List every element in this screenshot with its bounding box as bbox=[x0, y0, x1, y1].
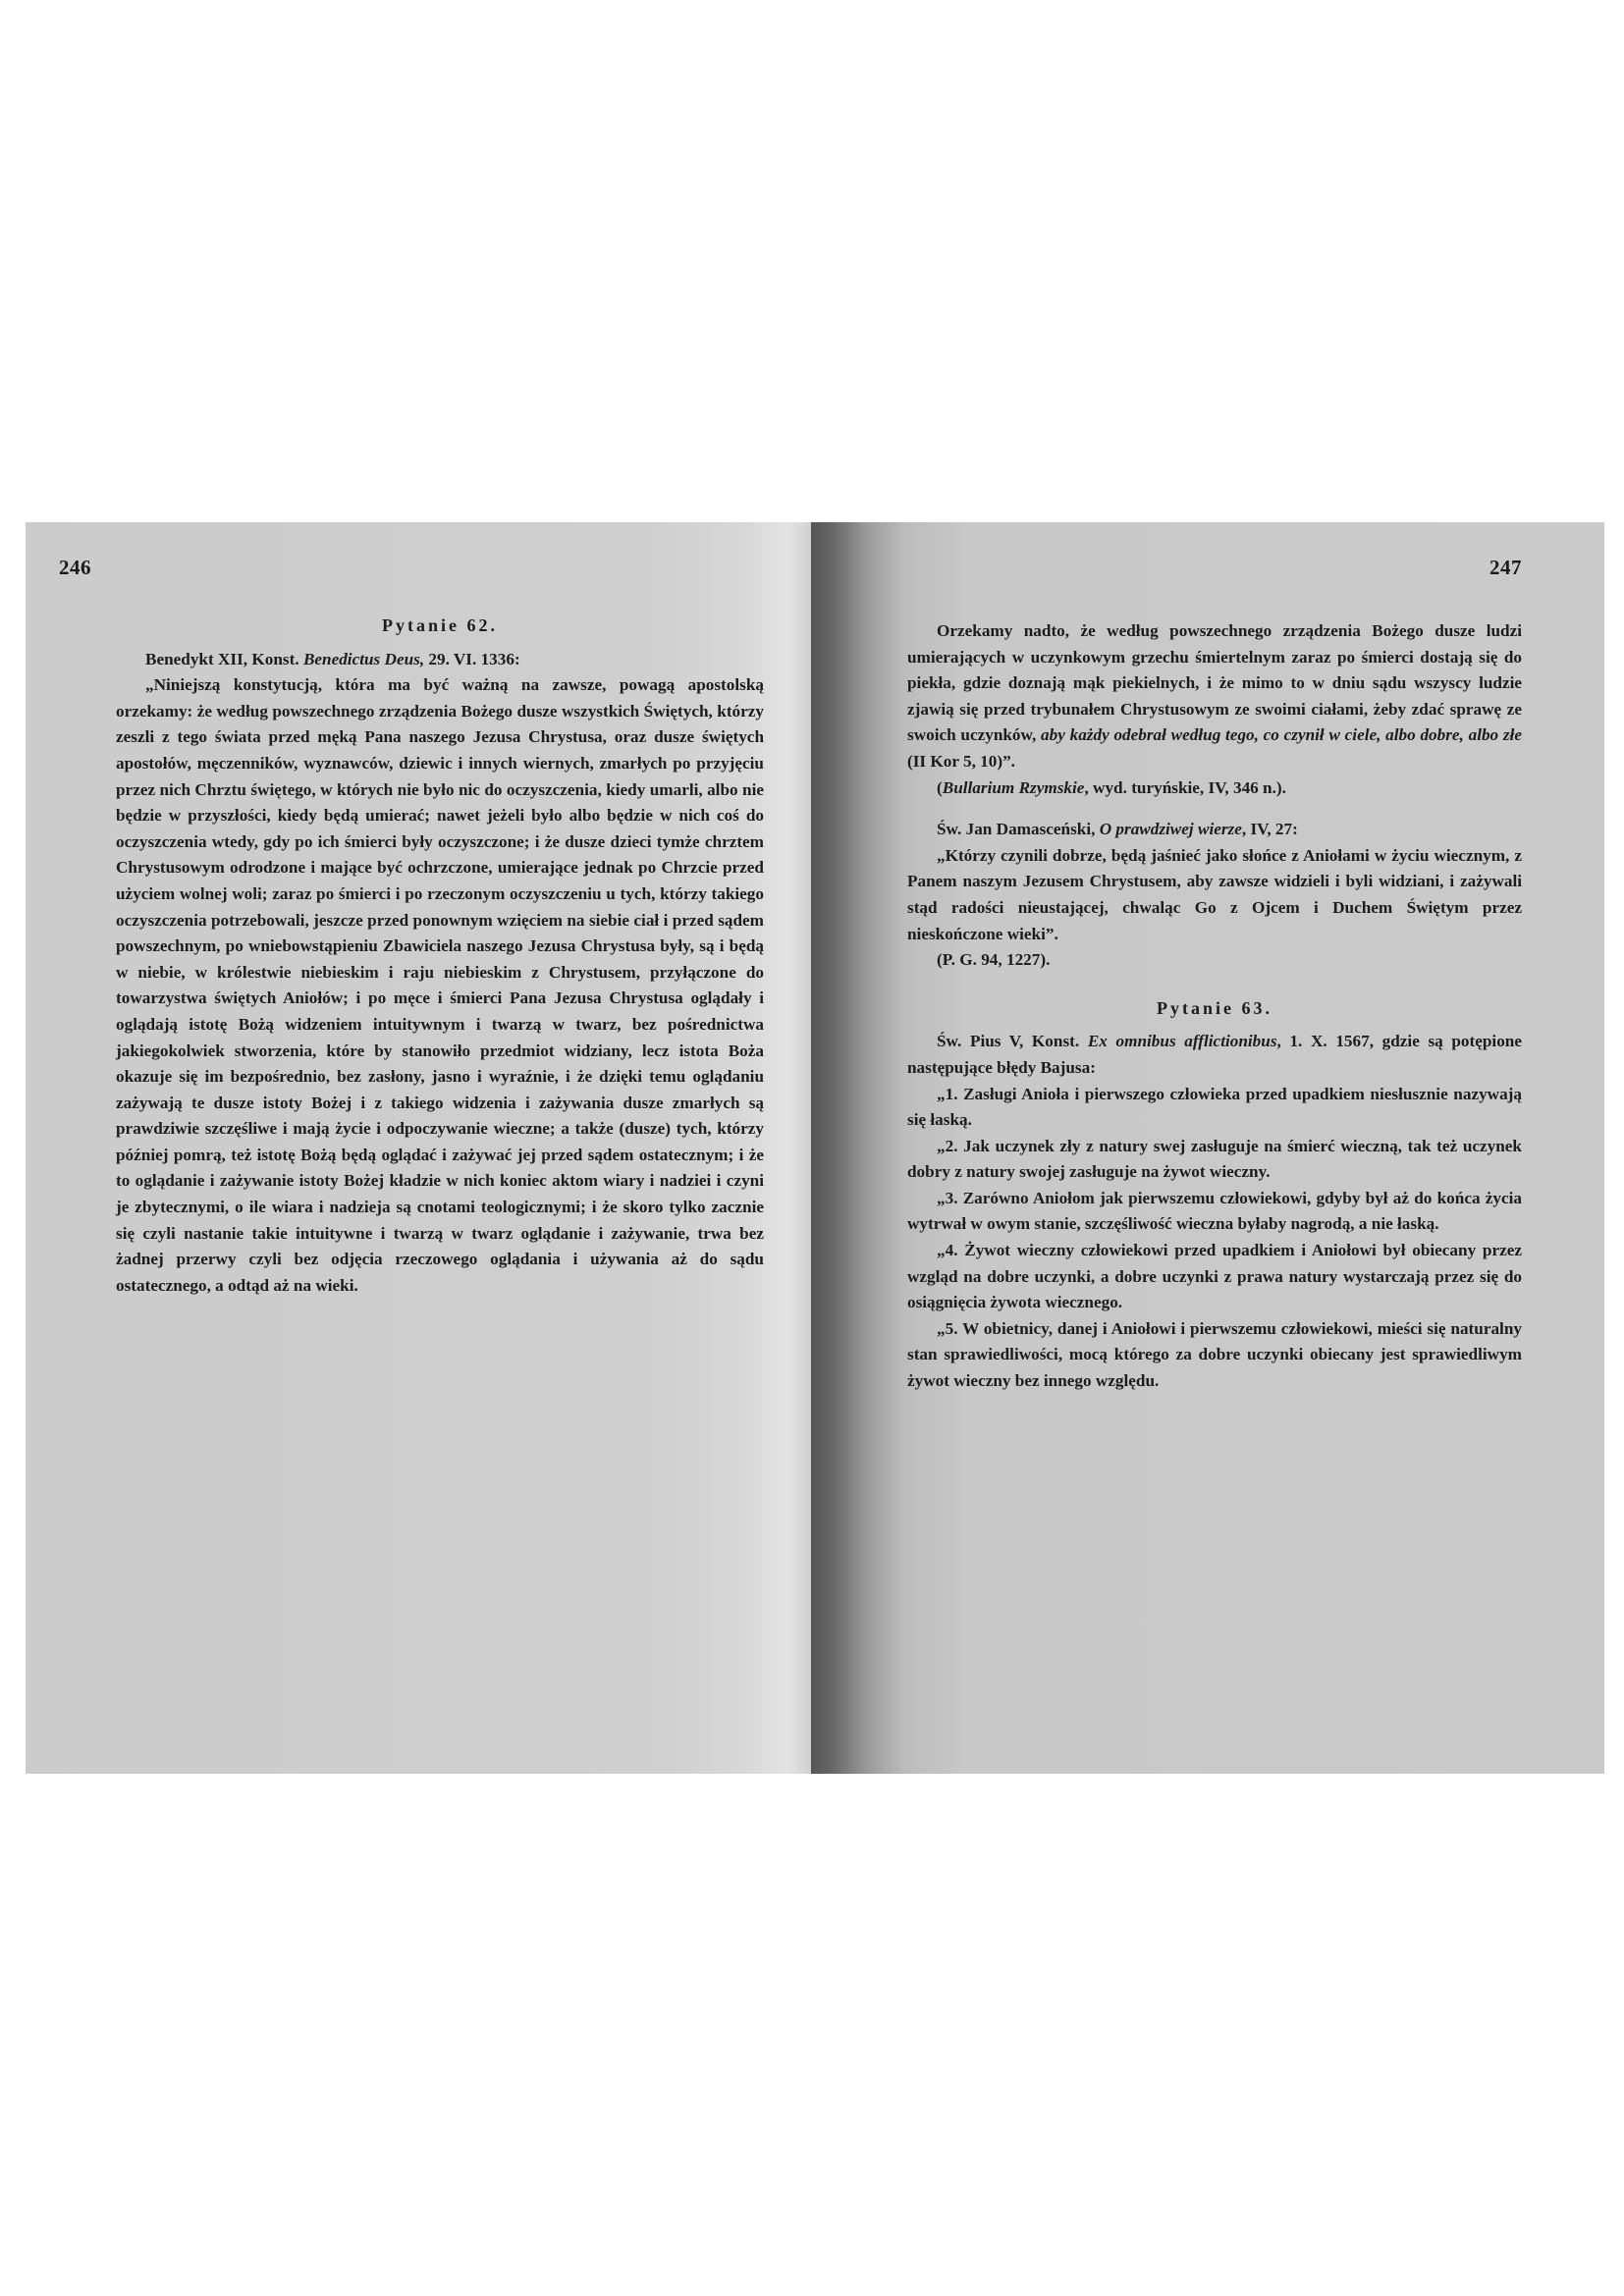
source-title: Ex omnibus afflictionibus bbox=[1088, 1032, 1277, 1050]
citation: (P. G. 94, 1227). bbox=[907, 947, 1522, 974]
left-page: 246 Pytanie 62. Benedykt XII, Konst. Ben… bbox=[26, 522, 811, 1774]
right-page-text: Orzekamy nadto, że według powszechnego z… bbox=[907, 618, 1522, 1395]
source-author: Św. Jan Damasceński, bbox=[937, 820, 1100, 838]
error-item: „5. W obietnicy, danej i Aniołowi i pier… bbox=[907, 1316, 1522, 1395]
error-item: „1. Zasługi Anioła i pierwszego człowiek… bbox=[907, 1082, 1522, 1134]
quote-body: „Niniejszą konstytucją, która ma być waż… bbox=[116, 672, 764, 1299]
citation: (Bullarium Rzymskie, wyd. turyńskie, IV,… bbox=[907, 775, 1522, 802]
scripture-ref: (II Kor 5, 10)”. bbox=[907, 752, 1015, 771]
page-number: 246 bbox=[59, 556, 91, 580]
source-line: Św. Pius V, Konst. Ex omnibus affliction… bbox=[907, 1029, 1522, 1081]
source-title: O prawdziwej wierze bbox=[1100, 820, 1242, 838]
left-page-text: Pytanie 62. Benedykt XII, Konst. Benedic… bbox=[116, 613, 764, 1299]
source-author: Benedykt XII, Konst. bbox=[145, 650, 303, 668]
citation-title: Bullarium Rzymskie bbox=[943, 778, 1085, 797]
scripture-quote: aby każdy odebrał według tego, co czynił… bbox=[1041, 725, 1522, 744]
book-scan-spread: 246 Pytanie 62. Benedykt XII, Konst. Ben… bbox=[26, 522, 1604, 1774]
quote-continuation: Orzekamy nadto, że według powszechnego z… bbox=[907, 618, 1522, 775]
source-ref: , IV, 27: bbox=[1242, 820, 1298, 838]
source-line: Św. Jan Damasceński, O prawdziwej wierze… bbox=[907, 817, 1522, 843]
page-number: 247 bbox=[1489, 556, 1522, 580]
error-item: „3. Zarówno Aniołom jak pierwszemu człow… bbox=[907, 1186, 1522, 1238]
quote-body: „Którzy czynili dobrze, będą jaśnieć jak… bbox=[907, 843, 1522, 947]
citation-ref: , wyd. turyńskie, IV, 346 n.). bbox=[1084, 778, 1286, 797]
error-item: „2. Jak uczynek zły z natury swej zasług… bbox=[907, 1134, 1522, 1186]
source-author: Św. Pius V, Konst. bbox=[937, 1032, 1088, 1050]
section-heading: Pytanie 62. bbox=[116, 613, 764, 639]
section-heading: Pytanie 63. bbox=[907, 995, 1522, 1022]
right-page: 247 Orzekamy nadto, że według powszechne… bbox=[811, 522, 1604, 1774]
source-title: Benedictus Deus, bbox=[303, 650, 424, 668]
error-item: „4. Żywot wieczny człowiekowi przed upad… bbox=[907, 1238, 1522, 1316]
source-date: 29. VI. 1336: bbox=[424, 650, 520, 668]
source-line: Benedykt XII, Konst. Benedictus Deus, 29… bbox=[116, 647, 764, 673]
